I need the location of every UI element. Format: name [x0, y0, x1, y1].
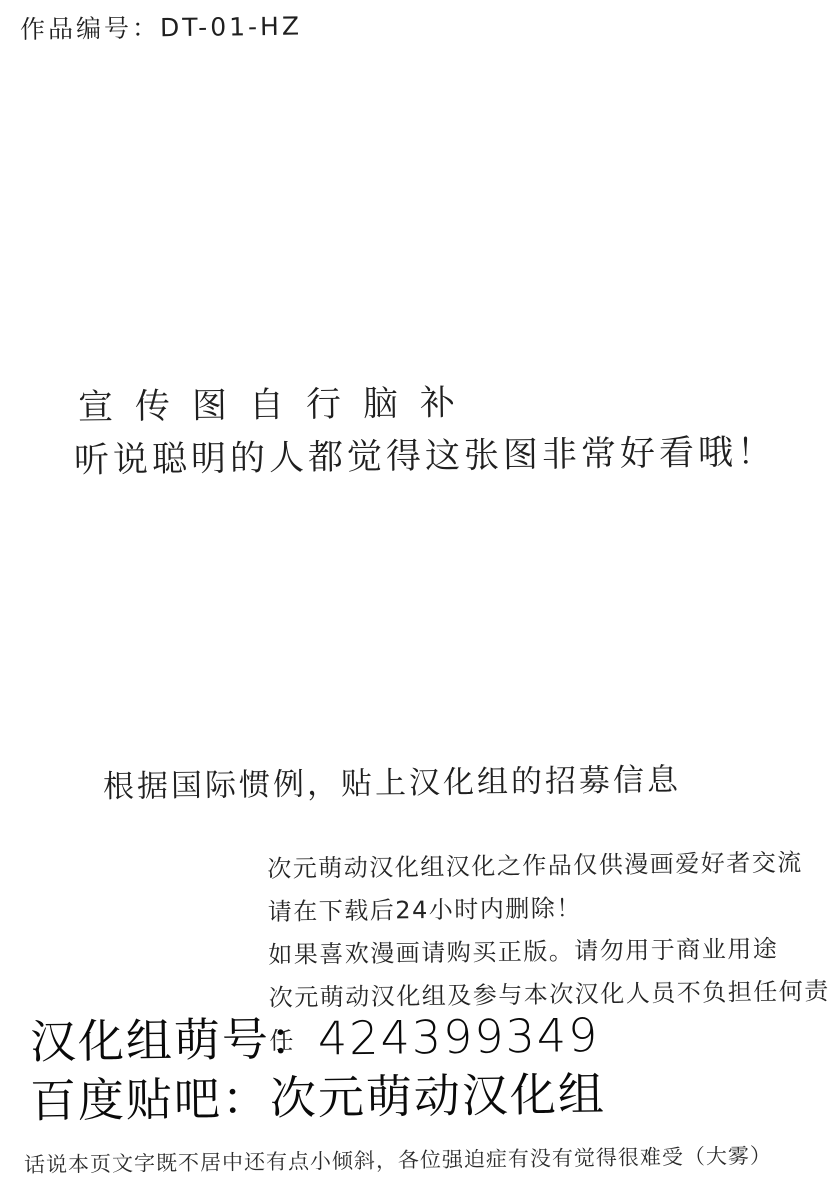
recruit-header: 根据国际惯例，贴上汉化组的招募信息 — [103, 763, 681, 806]
promo-note-line-2: 听说聪明的人都觉得这张图非常好看哦！ — [74, 432, 776, 481]
baidu-tieba-line: 百度贴吧：次元萌动汉化组 — [30, 1068, 607, 1128]
work-id-label: 作品编号：DT-01-HZ — [20, 13, 302, 45]
disclaimer-line: 请在下载后24小时内删除！ — [268, 884, 836, 934]
credits-page: 作品编号：DT-01-HZ 宣传图自行脑补 听说聪明的人都觉得这张图非常好看哦！… — [0, 0, 836, 1200]
tilt-apology-footnote: 话说本页文字既不居中还有点小倾斜，各位强迫症有没有觉得很难受（大雾） — [24, 1144, 772, 1177]
disclaimer-block: 次元萌动汉化组汉化之作品仅供漫画爱好者交流 请在下载后24小时内删除！ 如果喜欢… — [267, 841, 836, 1020]
group-qq-number-line: 汉化组萌号：424399349 — [30, 1009, 600, 1069]
disclaimer-line: 次元萌动汉化组汉化之作品仅供漫画爱好者交流 — [267, 841, 836, 891]
disclaimer-line: 如果喜欢漫画请购买正版。请勿用于商业用途 — [268, 927, 836, 977]
promo-note-line-1: 宣传图自行脑补 — [78, 383, 477, 428]
